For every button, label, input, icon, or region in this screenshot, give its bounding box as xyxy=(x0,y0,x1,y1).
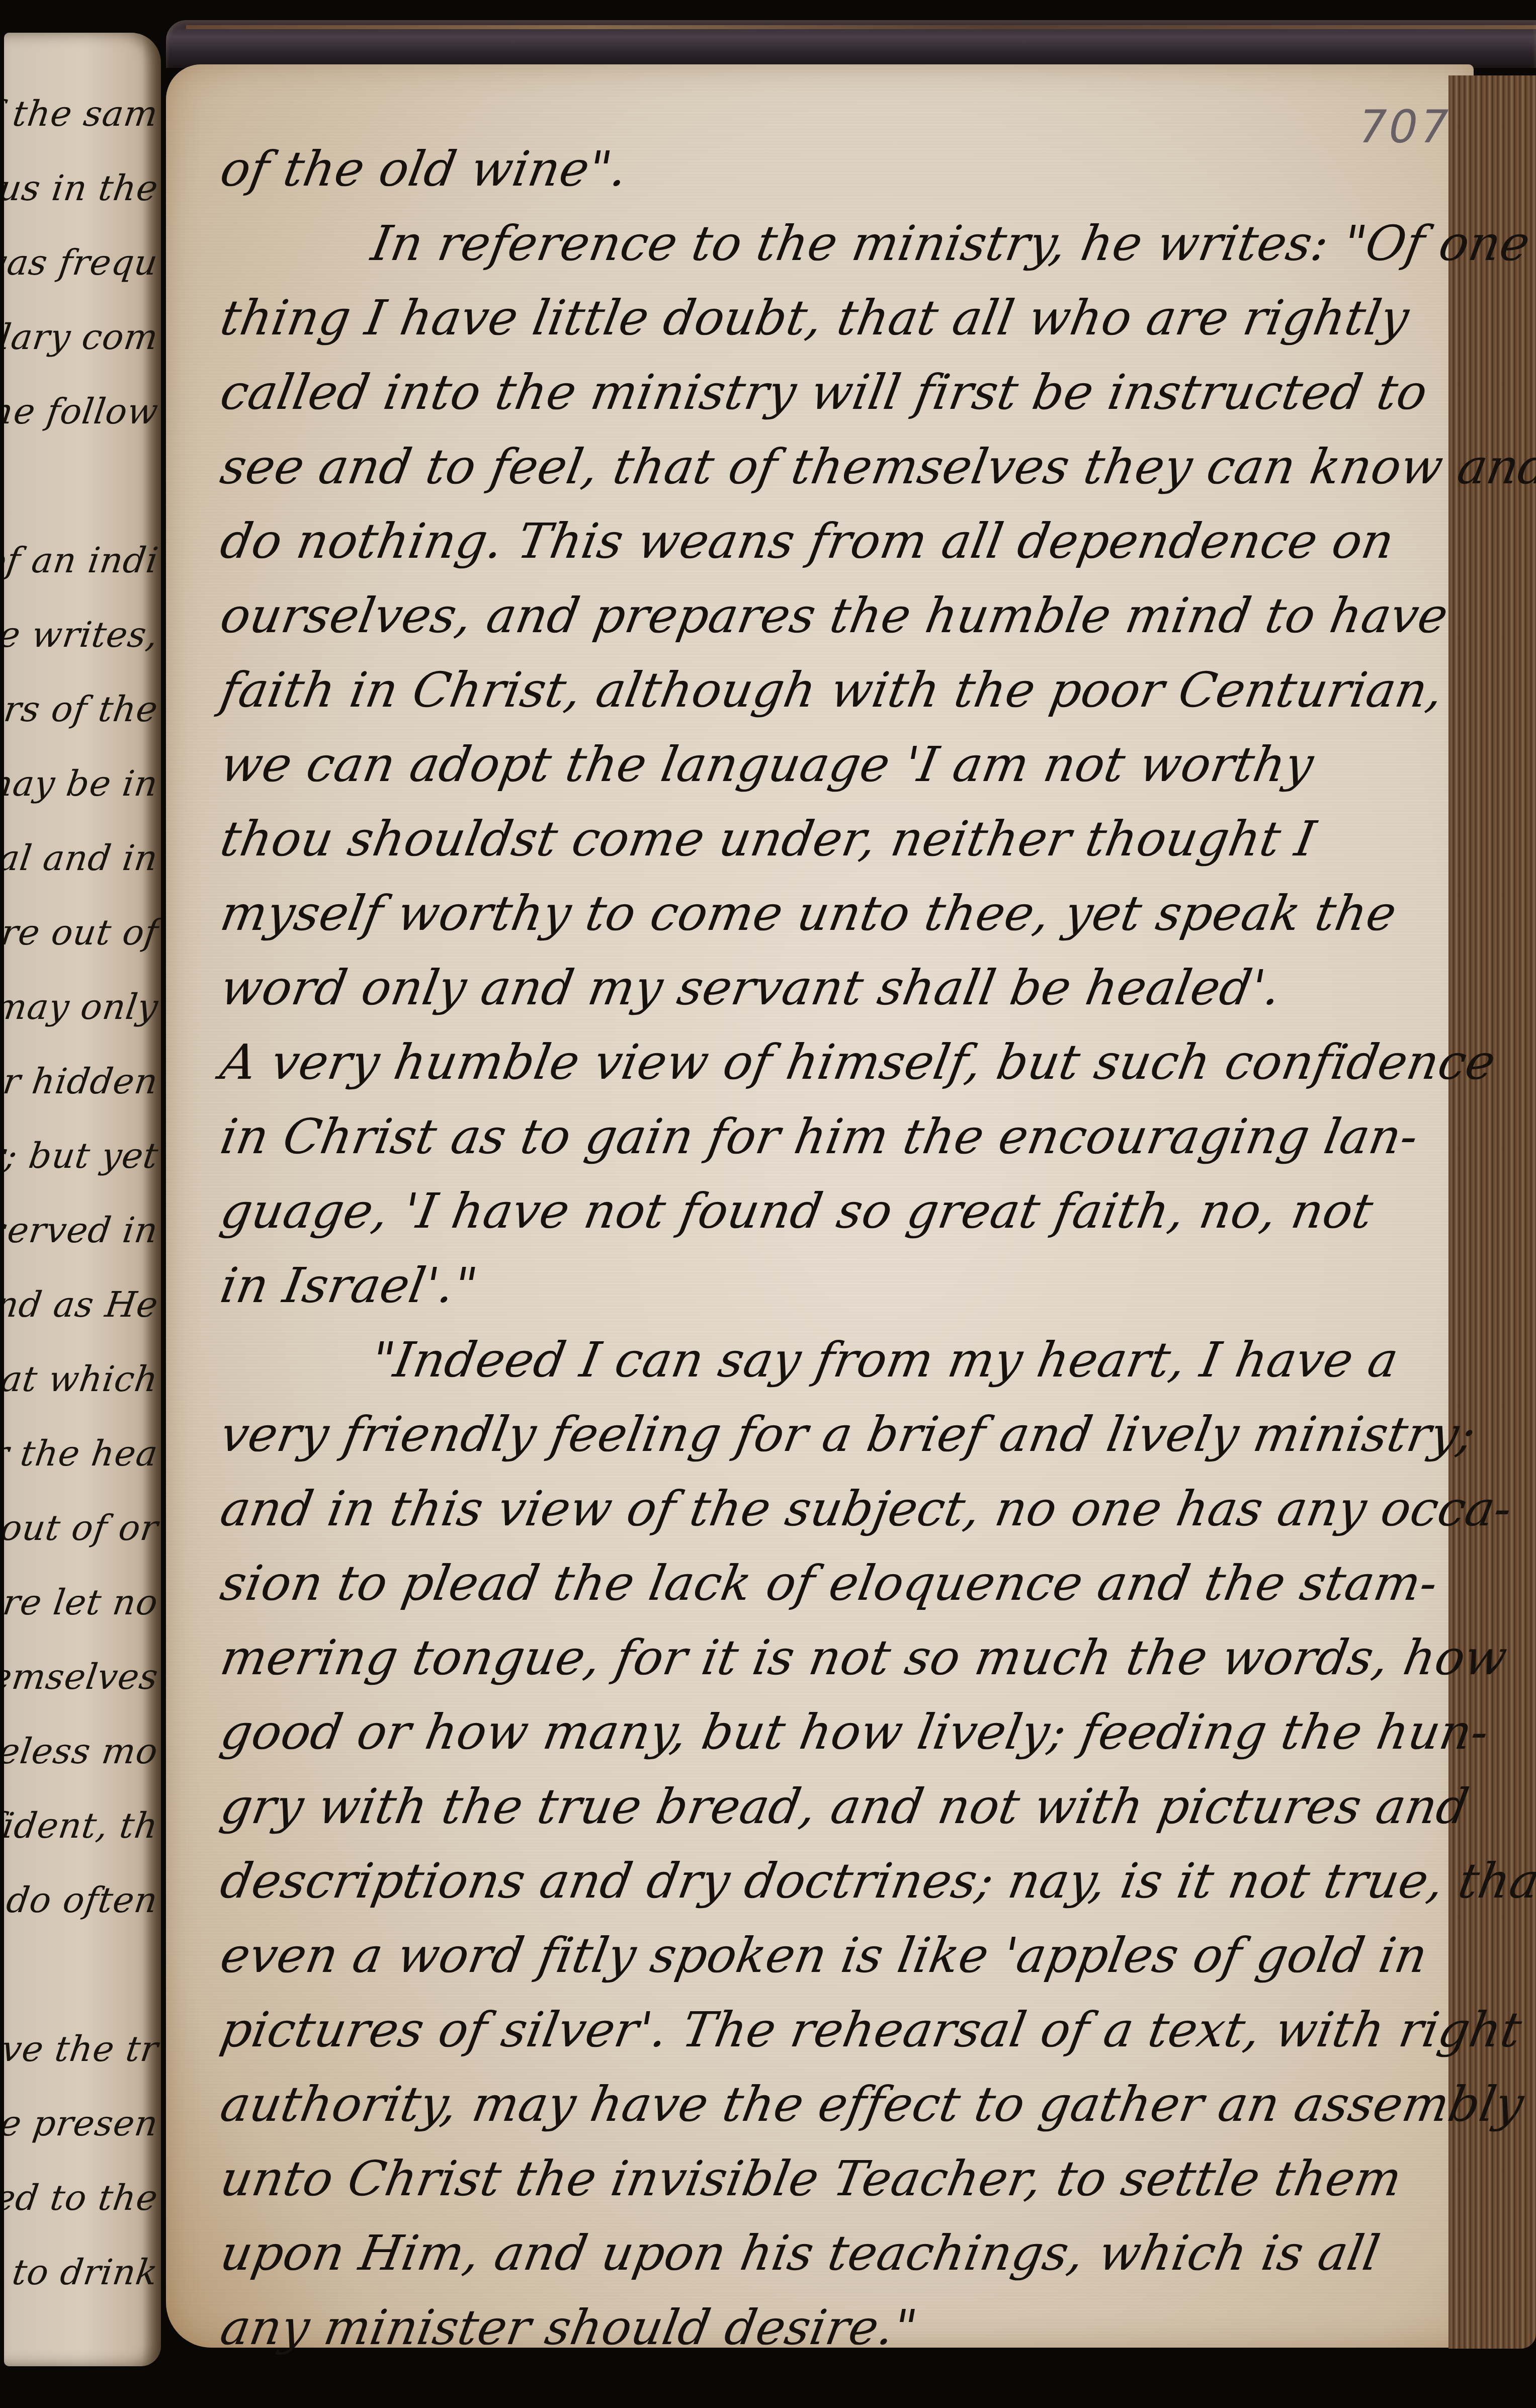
manuscript-line: even a word fitly spoken is like 'apples… xyxy=(216,1927,1432,1984)
manuscript-line: word only and my servant shall be healed… xyxy=(216,960,1286,1016)
manuscript-line: gry with the true bread, and not with pi… xyxy=(216,1778,1473,1835)
left-page-line: vital and in xyxy=(4,837,161,879)
left-page-line: erefore let no xyxy=(4,1582,161,1623)
left-page-line: heirs; to drink xyxy=(4,2252,161,2293)
manuscript-line: "Indeed I can say from my heart, I have … xyxy=(367,1332,1402,1388)
left-page-line: t of an indi xyxy=(4,540,161,581)
left-page-line: tter; but yet xyxy=(4,1135,161,1176)
left-page-line: le that which xyxy=(4,1358,161,1400)
left-page-line: mitted to the xyxy=(4,2177,161,2218)
page-number: 707 xyxy=(1352,101,1456,153)
manuscript-line: do nothing. This weans from all dependen… xyxy=(216,513,1398,569)
manuscript-line: authority, may have the effect to gather… xyxy=(216,2076,1528,2132)
left-page-line: g is out of or xyxy=(4,1507,161,1549)
manuscript-line: faith in Christ, although with the poor … xyxy=(216,662,1447,718)
left-page-line: k for the hea xyxy=(4,1433,161,1474)
manuscript-line: ourselves, and prepares the humble mind … xyxy=(216,587,1453,644)
manuscript-line: thou shouldst come under, neither though… xyxy=(216,811,1320,867)
left-page-line: ; may be in xyxy=(4,763,161,804)
left-page-line: lity, do often xyxy=(4,1879,161,1921)
left-page-line: d was frequ xyxy=(4,242,161,283)
manuscript-line: very friendly feeling for a brief and li… xyxy=(216,1406,1480,1463)
left-page-line: confident, th xyxy=(4,1805,161,1846)
manuscript-line: good or how many, but how lively; feedin… xyxy=(216,1704,1493,1760)
manuscript-line: upon Him, and upon his teachings, which … xyxy=(216,2225,1384,2281)
left-page-line: and as He xyxy=(4,1284,161,1325)
manuscript-line: myself worthy to come unto thee, yet spe… xyxy=(216,885,1401,941)
left-page-line: ther hidden xyxy=(4,1061,161,1102)
manuscript-line: sion to plead the lack of eloquence and … xyxy=(216,1555,1442,1611)
photograph-background: e of the samrous in thed was frequstolar… xyxy=(0,0,1536,2408)
left-page-line: rous in the xyxy=(4,167,161,209)
manuscript-line: mering tongue, for it is not so much the… xyxy=(216,1629,1511,1686)
manuscript-line: pictures of silver'. The rehearsal of a … xyxy=(216,2002,1526,2058)
left-page-line: gs, he writes, xyxy=(4,614,161,655)
manuscript-line: guage, 'I have not found so great faith,… xyxy=(216,1183,1378,1239)
manuscript-line: unto Christ the invisible Teacher, to se… xyxy=(216,2151,1406,2207)
book-binding-top xyxy=(166,20,1536,68)
left-page-line: s love the tr xyxy=(4,2028,161,2070)
manuscript-line: we can adopt the language 'I am not wort… xyxy=(216,736,1318,793)
manuscript-line: in Christ as to gain for him the encoura… xyxy=(216,1108,1422,1165)
left-page-line: of the presen xyxy=(4,2103,161,2144)
left-page-line: k themselves xyxy=(4,1656,161,1697)
left-page-line: or useless mo xyxy=(4,1731,161,1772)
left-page-line: as are out of xyxy=(4,912,161,953)
left-page-line: preserved in xyxy=(4,1210,161,1251)
left-page-line: stolary com xyxy=(4,316,161,358)
manuscript-line: of the old wine". xyxy=(216,141,632,197)
manuscript-line: In reference to the ministry, he writes:… xyxy=(367,215,1534,272)
left-page-line: e of the sam xyxy=(4,93,161,134)
left-page-line: ve may only xyxy=(4,986,161,1027)
manuscript-line: any minister should desire." xyxy=(216,2299,921,2356)
left-page-fragment: e of the samrous in thed was frequstolar… xyxy=(4,33,161,2366)
left-page-line: e the follow xyxy=(4,391,161,432)
left-page-line: nbers of the xyxy=(4,689,161,730)
manuscript-line: thing I have little doubt, that all who … xyxy=(216,290,1413,346)
manuscript-line: in Israel'." xyxy=(216,1257,482,1314)
manuscript-line: and in this view of the subject, no one … xyxy=(216,1481,1516,1537)
manuscript-line: A very humble view of himself, but such … xyxy=(216,1034,1500,1090)
manuscript-line: called into the ministry will first be i… xyxy=(216,364,1431,420)
manuscript-line: descriptions and dry doctrines; nay, is … xyxy=(216,1853,1536,1909)
manuscript-line: see and to feel, that of themselves they… xyxy=(216,439,1536,495)
